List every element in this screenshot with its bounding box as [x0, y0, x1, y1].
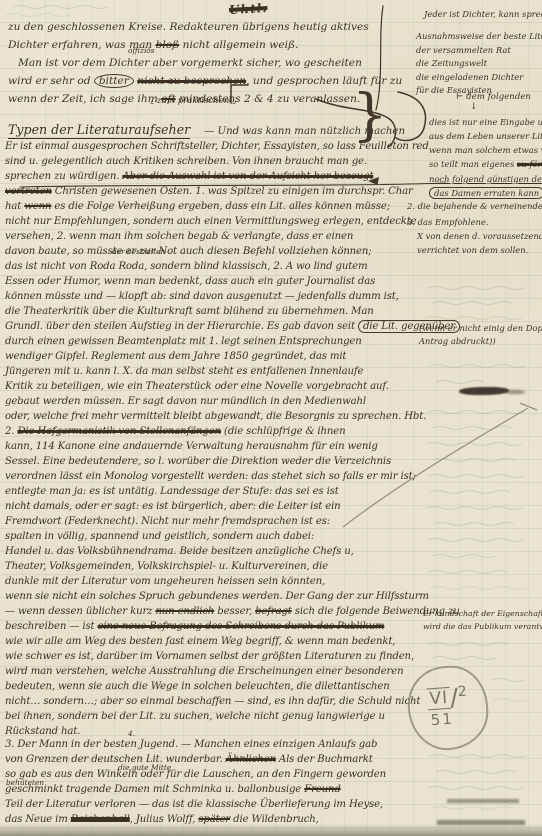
manuscript-line: die Theaterkritik über die Kulturkraft s… [5, 304, 409, 319]
manuscript-line: entlegte man ja: es ist untätig. Landess… [5, 484, 409, 499]
manuscript-line: beschreiben — ist eine neue Befragung de… [5, 619, 409, 634]
ink-smear-tail [505, 390, 525, 394]
intro-paragraph: zu den geschlossenen Kreise. Redakteuren… [8, 18, 408, 108]
margin-list-item: die Zeitungswelt [416, 57, 542, 71]
manuscript-line: Handel u. das Volksbühnendrama. Beide be… [5, 544, 409, 559]
manuscript-line: dunkle mit der Literatur vom ungeheuren … [5, 574, 409, 589]
margin-list-item: die eingeladenen Dichter [416, 71, 542, 85]
manuscript-line: Dichter erfahren, was man bloß nicht all… [8, 36, 408, 54]
manuscript-line: Man ist vor dem Dichter aber vorgemerkt … [8, 54, 408, 72]
interline-insert: der bestreiten [112, 247, 165, 256]
manuscript-line: geschminkt tragende Damen mit Schminka u… [5, 782, 409, 797]
manuscript-line: wie schwer es ist, darüber im Vornamen s… [5, 649, 409, 664]
margin-line: (wenn er nicht einig den Doppelt-Ab [419, 322, 542, 335]
margin-list: Ausnahmsweise der beste Literat der vers… [416, 30, 542, 98]
down-arrow-icon: ↓ [470, 102, 478, 112]
manuscript-line: wie wir alle am Weg des besten fast eine… [5, 634, 409, 649]
manuscript-line: kann, 114 Kanone eine andauernde Verwalt… [5, 439, 409, 454]
manuscript-line: von Grenzen der deutschen Lit. wunderbar… [5, 752, 409, 767]
ink-smear [459, 387, 509, 396]
margin-line: wird die das Publikum verantwortl. [423, 620, 542, 633]
manuscript-line: nicht… sondern…; aber so einmal beschaff… [5, 694, 409, 709]
struck-word: nun endlich [155, 606, 214, 617]
manuscript-line: 3. Der Mann in der besten Jugend. — Manc… [5, 737, 409, 752]
margin-paren-note: (wenn er nicht einig den Doppelt-Ab Antr… [419, 322, 542, 348]
manuscript-line: versehen, 2. wenn man ihm solchen begab … [5, 229, 409, 244]
pencil-line-cap [520, 403, 537, 410]
manuscript-line: Sessel. Eine bedeutendere, so l. worüber… [5, 454, 409, 469]
manuscript-line: Kritik zu beteiligen, wie ein Theaterstü… [5, 379, 409, 394]
margin-line: aus dem Leben unserer Literatur, [429, 129, 542, 143]
manuscript-line: wenn sie nicht ein solches Spruch gebund… [5, 589, 409, 604]
struck-word: vertreten [5, 186, 52, 197]
struck-word: bloß [156, 39, 180, 51]
margin-line: verrichtet von dem sollen. [417, 243, 542, 257]
manuscript-line: vertreten Christen gewesenen Osten. 1. w… [5, 184, 409, 199]
manuscript-line: oder, welche frei mehr vermittelt bleibt… [5, 409, 409, 424]
manuscript-line: Grundl. über den steilen Aufstieg in der… [5, 319, 409, 334]
manuscript-line: gebaut werden müssen. Er sagt davon nur … [5, 394, 409, 409]
bracketed-note: ⌞ zum praktischen ⌟ [150, 96, 236, 106]
item3-paragraph: 3. Der Mann in der besten Jugend. — Manc… [5, 737, 409, 827]
manuscript-line: Essen oder Humor, wenn man bedenkt, dass… [5, 274, 409, 289]
stamp-roman-numeral: VI [427, 687, 451, 711]
manuscript-page: Uhtl. zu den geschlossenen Kreise. Redak… [0, 0, 542, 836]
margin-list-item: Ausnahmsweise der beste Literat [416, 30, 542, 44]
struck-passage: nicht zu besprechen [137, 75, 246, 87]
manuscript-line: so gab es aus den Winkeln oder für die L… [5, 767, 409, 782]
insertion-bar-icon: ⊢ [456, 92, 463, 102]
struck-passage: Die Hofgermanistik von Stellenanfängen [17, 426, 221, 437]
section-heading: Typen der Literaturaufseher— Und was kan… [8, 122, 405, 137]
heading-title: Typen der Literaturaufseher [8, 122, 190, 139]
manuscript-line: zu den geschlossenen Kreise. Redakteuren… [8, 18, 408, 36]
stamp-signature: VI/2 [408, 678, 486, 711]
manuscript-line: 2. Die Hofgermanistik von Stellenanfänge… [5, 424, 409, 439]
manuscript-line: verordnen lässt ein Monolog vorgestellt … [5, 469, 409, 484]
manuscript-line: nicht damals, oder er sagt: es ist bürge… [5, 499, 409, 514]
interline-insert: 4. [128, 729, 135, 738]
manuscript-line: sprechen zu würdigen. Aber die Auswahl i… [5, 169, 409, 184]
margin-line: X von denen d. voraussetzend [417, 229, 542, 243]
smudge-mark [447, 799, 519, 803]
struck-passage: zu fördern [517, 159, 542, 169]
margin-side-note: Er kundschaft der Eigenschaften des Hofd… [423, 607, 542, 633]
struck-word: Freund [304, 784, 340, 795]
margin-x-note: X von denen d. voraussetzend verrichtet … [417, 229, 542, 257]
page-bottom-edge [0, 824, 542, 836]
interline-insert: behüteten [6, 778, 44, 787]
margin-head-note: Jeder ist Dichter, kann sprechen [424, 8, 542, 22]
manuscript-line: wendiger Gipfel. Reglement aus dem Jahre… [5, 349, 409, 364]
curly-brace-icon: } [352, 88, 388, 144]
manuscript-line: Er ist einmal ausgesprochen Schriftstell… [5, 139, 409, 154]
archive-stamp: VI/2 51 [405, 663, 491, 752]
manuscript-line: wird er sehr od bitter nicht zu besprech… [8, 72, 408, 90]
manuscript-line: — wenn dessen üblicher kurz nun endlich … [5, 604, 409, 619]
manuscript-line: das ist nicht von Roda Roda, sondern bli… [5, 259, 409, 274]
manuscript-line: spalten in völlig, spannend und geistlic… [5, 529, 409, 544]
manuscript-line: durch einen gewissen Beamtenplatz mit 1.… [5, 334, 409, 349]
margin-item: 2. die bejahende & verneinende Persönlic… [407, 199, 542, 215]
margin-line: das Damen erraten kann die… [429, 186, 542, 200]
manuscript-line: bei ihnen, sondern bei der Lit. zu suche… [5, 709, 409, 724]
struck-passage: eine neue Befragung des Schreibens durch… [98, 621, 385, 632]
pointer-note: ⊢ dem folgenden [456, 92, 531, 102]
interline-insert: offiziös [128, 46, 155, 55]
interline-insert: die gute Mitte [118, 763, 171, 772]
margin-line: dies ist nur eine Eingabe u. [429, 115, 542, 129]
margin-numbered-items: 2. die bejahende & verneinende Persönlic… [407, 199, 542, 230]
manuscript-line: können müsste und — klopft ab: sind davo… [5, 289, 409, 304]
manuscript-line: nicht nur Empfehlungen, sondern auch ein… [5, 214, 409, 229]
manuscript-line: sind u. gelegentlich auch Kritiken schre… [5, 154, 409, 169]
manuscript-line: wird man verstehen, welche Ausstrahlung … [5, 664, 409, 679]
margin-line: wenn man solchem etwas verzagt, [429, 143, 542, 157]
crossed-out-word: Uhtl. [229, 1, 268, 17]
struck-word: Ähnlichen [226, 754, 276, 765]
manuscript-line: hat wenn es die Folge Verheißung ergeben… [5, 199, 409, 214]
margin-item: 3. das Empfohlene. [407, 215, 542, 231]
manuscript-line: Jüngeren mit u. kann l. X. da man selbst… [5, 364, 409, 379]
circled-word: bitter [94, 74, 134, 88]
struck-passage: Aber die Auswahl ist von der Aufsicht he… [122, 171, 373, 182]
struck-word: wenn [24, 201, 51, 212]
manuscript-line: davon baute, so müsste er zur Not auch d… [5, 244, 409, 259]
margin-line: noch folgend günstigen der Bezirk X [429, 172, 542, 186]
boxed-phrase: das Damen erraten kann [429, 187, 542, 199]
manuscript-line: Teil der Literatur verloren — das ist di… [5, 797, 409, 812]
margin-line: Antrag abdruckt)) [419, 335, 542, 348]
struck-word: befragt [255, 606, 292, 617]
manuscript-line: bedeuten, wenn sie auch die Wege in solc… [5, 679, 409, 694]
manuscript-line: Theater, Volksgemeinden, Volkskirchspiel… [5, 559, 409, 574]
manuscript-line: Fremdwort (Federknecht). Nicht nur mehr … [5, 514, 409, 529]
margin-line: so teilt man eigenes zu fördern nur ande… [429, 157, 542, 172]
margin-line: Er kundschaft der Eigenschaften des Hofd… [423, 607, 542, 620]
body-paragraph: Er ist einmal ausgesprochen Schriftstell… [5, 139, 409, 739]
margin-paragraph: dies ist nur eine Eingabe u. aus dem Leb… [429, 115, 542, 200]
margin-list-item: der versammelten Rat [416, 44, 542, 58]
